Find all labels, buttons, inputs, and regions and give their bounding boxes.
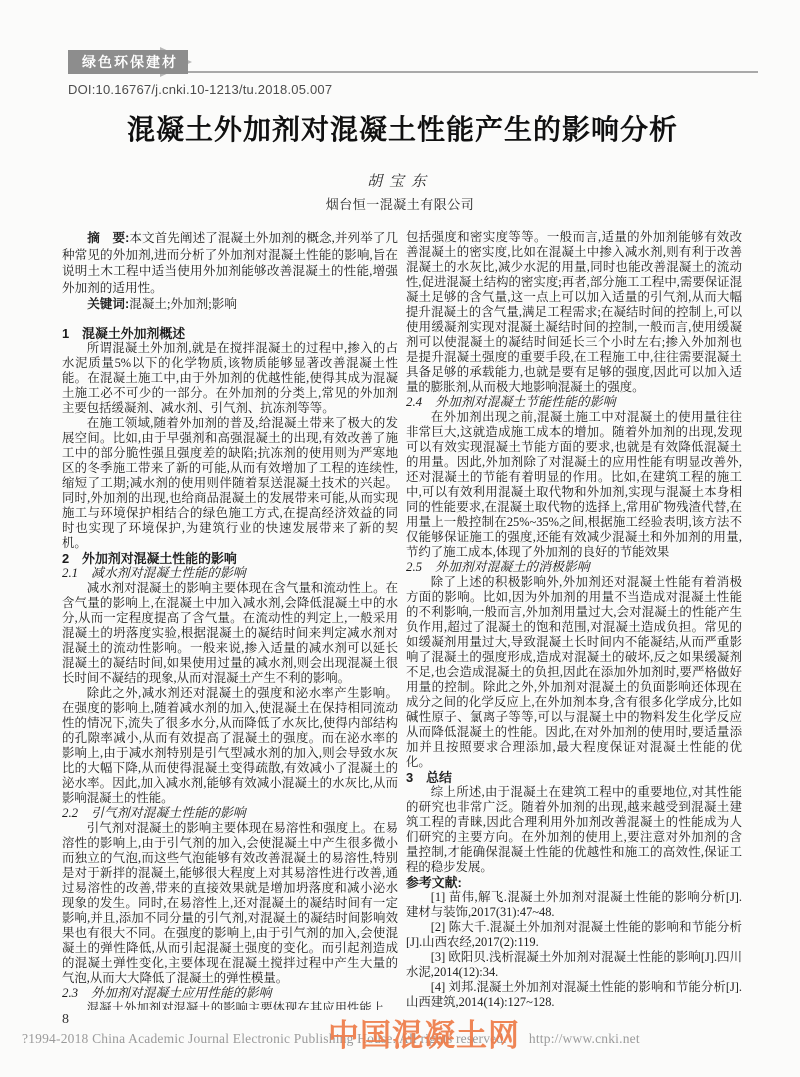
page-number: 8 <box>62 1012 69 1028</box>
paragraph: 引气剂对混凝土的影响主要体现在易溶性和强度上。在易溶性的影响上,由于引气剂的加入… <box>62 821 398 986</box>
paragraph-continued: 包括强度和密实度等等。一般而言,适量的外加剂能够有效改善混凝土的密实度,比如在混… <box>406 230 742 395</box>
author-affiliation: 烟台恒一混凝土有限公司 <box>0 194 800 213</box>
cnki-url: http://www.cnki.net <box>529 1031 640 1046</box>
paragraph: 综上所述,由于混凝土在建筑工程中的重要地位,对其性能的研究也非常广泛。随着外加剂… <box>406 785 742 875</box>
article-body: 摘 要:本文首先阐述了混凝土外加剂的概念,并列举了几种常见的外加剂,进而分析了外… <box>62 230 742 1010</box>
field-label: 摘 要: <box>87 231 129 245</box>
left-column: 摘 要:本文首先阐述了混凝土外加剂的概念,并列举了几种常见的外加剂,进而分析了外… <box>62 230 398 1010</box>
paragraph: 在外加剂出现之前,混凝土施工中对混凝土的使用量往往非常巨大,这就造成施工成本的增… <box>406 410 742 560</box>
section-2-5-heading: 2.5 外加剂对混凝土的消极影响 <box>406 560 742 575</box>
section-2-2-heading: 2.2 引气剂对混凝土性能的影响 <box>62 806 398 821</box>
paragraph: 所谓混凝土外加剂,就是在搅拌混凝土的过程中,掺入的占水泥质量5%以下的化学物质,… <box>62 341 398 416</box>
reference-entry: [4] 刘邦.混凝土外加剂对混凝土性能的影响和节能分析[J].山西建筑,2014… <box>406 980 742 1010</box>
paper-title: 混凝土外加剂对混凝土性能产生的影响分析 <box>55 108 750 148</box>
section-2-3-heading: 2.3 外加剂对混凝土应用性能的影响 <box>62 986 398 1001</box>
keywords: 关键词:混凝土;外加剂;影响 <box>62 296 398 313</box>
site-watermark: 中国混凝土网 <box>328 1010 520 1055</box>
paragraph: 除此之外,减水剂还对混凝土的强度和泌水率产生影响。在强度的影响上,随着减水剂的加… <box>62 686 398 806</box>
section-2-heading: 2 外加剂对混凝土性能的影响 <box>62 551 398 566</box>
paragraph: 减水剂对混凝土的影响主要体现在含气量和流动性上。在含气量的影响上,在混凝土中加入… <box>62 581 398 686</box>
column-banner: 绿色环保建材 <box>68 50 188 74</box>
section-3-heading: 3 总结 <box>406 770 742 785</box>
reference-entry: [2] 陈大千.混凝土外加剂对混凝土性能的影响和节能分析[J].山西农经,201… <box>406 920 742 950</box>
reference-entry: [3] 欧阳贝.浅析混凝土外加剂对混凝土性能的影响[J].四川水泥,2014(1… <box>406 950 742 980</box>
doi-line: DOI:10.16767/j.cnki.10-1213/tu.2018.05.0… <box>68 82 332 97</box>
paragraph: 除了上述的积极影响外,外加剂还对混凝土性能有着消极方面的影响。比如,因为外加剂的… <box>406 575 742 770</box>
right-column: 包括强度和密实度等等。一般而言,适量的外加剂能够有效改善混凝土的密实度,比如在混… <box>406 230 742 1010</box>
column-banner-label: 绿色环保建材 <box>82 54 178 70</box>
field-label: 关键词: <box>87 297 129 311</box>
paragraph: 混凝土外加剂对混凝土的影响主要体现在其应用性能上, <box>62 1001 398 1011</box>
section-2-4-heading: 2.4 外加剂对混凝土节能性能的影响 <box>406 395 742 410</box>
section-2-1-heading: 2.1 减水剂对混凝土性能的影响 <box>62 566 398 581</box>
section-1-heading: 1 混凝土外加剂概述 <box>62 326 398 341</box>
reference-entry: [1] 苗伟,解飞.混凝土外加剂对混凝土性能的影响分析[J].建材与装饰,201… <box>406 890 742 920</box>
paragraph: 在施工领域,随着外加剂的普及,给混凝土带来了极大的发展空间。比如,由于早强剂和高… <box>62 416 398 551</box>
author-name: 胡宝东 <box>0 170 800 191</box>
references-heading: 参考文献: <box>406 875 742 890</box>
abstract: 摘 要:本文首先阐述了混凝土外加剂的概念,并列举了几种常见的外加剂,进而分析了外… <box>62 230 398 296</box>
